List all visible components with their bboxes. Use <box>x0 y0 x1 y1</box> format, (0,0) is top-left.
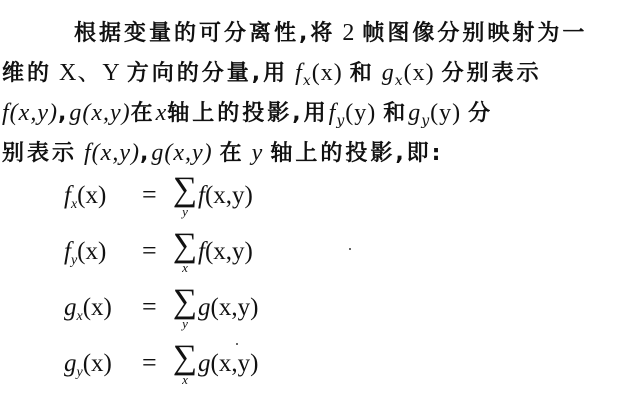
summation: ∑x <box>172 340 198 386</box>
equation-lhs: gx(x) <box>64 294 112 322</box>
summation: ∑y <box>172 172 198 218</box>
math-text: g(x,y) <box>151 140 219 166</box>
math-text: 2 <box>335 20 362 46</box>
chinese-text: 在 <box>220 141 245 166</box>
math-text: (y) <box>345 100 383 126</box>
sigma-icon: ∑ <box>172 228 198 264</box>
math-subscript: x <box>395 73 404 89</box>
chinese-text: 和 <box>350 61 375 86</box>
summation: ∑y <box>172 284 198 330</box>
math-text: (y) <box>430 100 468 126</box>
chinese-text: , <box>58 101 69 126</box>
chinese-text: 别表示 <box>2 141 77 166</box>
math-text: (x) <box>404 60 442 86</box>
chinese-text: 方向的分量,用 <box>127 61 288 86</box>
math-subscript: x <box>303 73 312 89</box>
summation: ∑x <box>172 228 198 274</box>
scan-speck <box>349 248 351 250</box>
chinese-text: 分 <box>468 101 493 126</box>
scan-speck <box>236 343 238 345</box>
equation-rhs: g(x,y) <box>198 294 258 322</box>
chinese-text: 在 <box>131 101 156 126</box>
math-text: (x) <box>312 60 350 86</box>
equation-rhs: f(x,y) <box>198 238 253 266</box>
math-subscript: y <box>336 113 345 129</box>
chinese-text: 和 <box>383 101 408 126</box>
math-subscript: y <box>421 113 430 129</box>
math-text: y <box>245 140 271 166</box>
math-text: g <box>375 60 395 86</box>
math-text: g <box>408 100 421 126</box>
chinese-text: 维的 <box>2 61 52 86</box>
paragraph-line-2: 维的 X、Y 方向的分量,用 fx(x) 和 gx(x) 分别表示 <box>2 58 542 91</box>
equals-sign: = <box>142 348 157 378</box>
paragraph-line-1: 根据变量的可分离性,将 2 帧图像分别映射为一 <box>74 18 587 49</box>
paragraph-line-4: 别表示 f(x,y),g(x,y) 在 y 轴上的投影,即: <box>2 138 443 169</box>
sigma-icon: ∑ <box>172 284 198 320</box>
paragraph-line-3: f(x,y),g(x,y)在x轴上的投影,用fy(y) 和gy(y) 分 <box>2 98 493 131</box>
chinese-text: 分别表示 <box>442 61 542 86</box>
math-text: f(x,y) <box>2 100 58 126</box>
math-text: x <box>156 100 168 126</box>
math-text: f <box>288 60 303 86</box>
chinese-text: 根据变量的可分离性,将 <box>74 21 335 46</box>
math-text: X、Y <box>52 60 127 86</box>
equation-rhs: f(x,y) <box>198 182 253 210</box>
math-text: g(x,y) <box>69 100 130 126</box>
equals-sign: = <box>142 292 157 322</box>
equation-lhs: gy(x) <box>64 350 112 378</box>
chinese-text: 轴上的投影,即: <box>270 141 443 166</box>
chinese-text: 帧图像分别映射为一 <box>362 21 587 46</box>
sigma-icon: ∑ <box>172 340 198 376</box>
equation-lhs: fy(x) <box>64 238 106 266</box>
chinese-text: , <box>140 141 151 166</box>
equation-rhs: g(x,y) <box>198 350 258 378</box>
sigma-icon: ∑ <box>172 172 198 208</box>
equals-sign: = <box>142 180 157 210</box>
math-text: f(x,y) <box>77 140 140 166</box>
chinese-text: 轴上的投影,用 <box>167 101 328 126</box>
equals-sign: = <box>142 236 157 266</box>
equation-lhs: fx(x) <box>64 182 106 210</box>
